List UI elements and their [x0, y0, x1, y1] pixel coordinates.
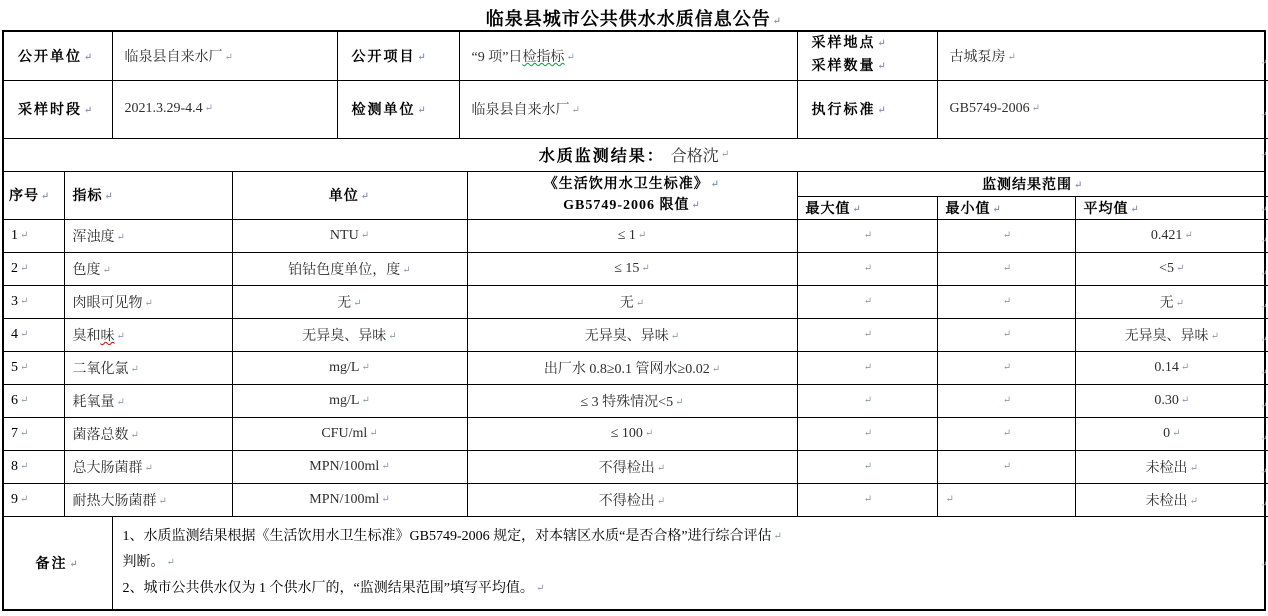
paragraph-mark-icon: ↵	[675, 397, 683, 408]
paragraph-mark-icon: ↵	[1184, 230, 1192, 241]
grammar-squiggle-text: 检指标	[522, 50, 564, 65]
row-avg-cell: 0.421↵	[1075, 220, 1268, 253]
row-avg: 0	[1163, 426, 1170, 441]
table-row: 8↵ 总大肠菌群↵ MPN/100ml↵ 不得检出↵ ↵ ↵ 未检出↵	[4, 451, 1268, 484]
row-indicator: 色度	[73, 263, 101, 278]
paragraph-mark-icon: ↵	[381, 494, 389, 505]
row-min-cell: ↵	[937, 253, 1075, 286]
row-no: 3	[11, 294, 18, 309]
row-unit-cell: mg/L↵	[232, 352, 467, 385]
paragraph-mark-icon: ↵	[864, 494, 872, 505]
paragraph-mark-icon: ↵	[225, 52, 233, 63]
paragraph-mark-icon: ↵	[1003, 395, 1011, 406]
row-limit: 无异臭、异味	[585, 329, 669, 344]
row-no-cell: 9↵	[4, 484, 64, 517]
paragraph-mark-icon: ↵	[1003, 362, 1011, 373]
document-page: 临泉县城市公共供水水质信息公告↵ 公开单位↵ 临泉县自来水厂↵ 公开项目↵ “9…	[0, 0, 1268, 616]
row-end-mark-icon: ↵	[1260, 560, 1267, 569]
row-unit-cell: mg/L↵	[232, 385, 467, 418]
row-end-mark-icon: ↵	[1260, 335, 1267, 344]
paragraph-mark-icon: ↵	[1211, 331, 1219, 342]
testing-unit-value: 临泉县自来水厂	[472, 103, 570, 118]
paragraph-mark-icon: ↵	[657, 463, 665, 474]
indicator-table: 序号↵ 指标↵ 单位↵ 《生活饮用水卫生标准》↵ GB5749-2006 限值↵…	[4, 172, 1268, 518]
row-max-cell: ↵	[797, 451, 937, 484]
result-value: 合格沈	[671, 143, 719, 166]
row-limit: 出厂水 0.8≥0.1 管网水≥0.02	[544, 362, 710, 377]
info-section: 公开单位↵ 临泉县自来水厂↵ 公开项目↵ “9 项”日检指标↵ 采样地点↵ 采样…	[4, 32, 1268, 139]
remark-line-1-text: 1、水质监测结果根据《生活饮用水卫生标准》GB5749-2006 规定，对本辖区…	[123, 529, 772, 544]
testing-unit-value-cell: 临泉县自来水厂↵	[459, 80, 797, 138]
row-indicator: 耗氧量	[73, 395, 115, 410]
paragraph-mark-icon: ↵	[117, 331, 125, 342]
paragraph-mark-icon: ↵	[361, 191, 370, 202]
row-no-cell: 1↵	[4, 220, 64, 253]
remark-label: 备注	[36, 557, 68, 572]
row-avg-cell: 无异臭、异味↵	[1075, 319, 1268, 352]
paragraph-mark-icon: ↵	[381, 461, 389, 472]
row-avg-cell: 未检出↵	[1075, 484, 1268, 517]
open-unit-value: 临泉县自来水厂	[125, 50, 223, 65]
row-end-mark-icon: ↵	[1260, 467, 1267, 476]
row-end-mark-icon: ↵	[1260, 236, 1267, 245]
header-min: 最小值	[946, 202, 991, 217]
header-unit: 单位	[329, 189, 359, 204]
paragraph-mark-icon: ↵	[388, 331, 396, 342]
header-indicator-cell: 指标↵	[64, 172, 232, 220]
paragraph-mark-icon: ↵	[1181, 362, 1189, 373]
paragraph-mark-icon: ↵	[712, 364, 720, 375]
remark-label-cell: 备注↵	[4, 517, 112, 609]
paragraph-mark-icon: ↵	[205, 103, 213, 114]
remark-line-1: 1、水质监测结果根据《生活饮用水卫生标准》GB5749-2006 规定，对本辖区…	[123, 524, 1255, 550]
paragraph-mark-icon: ↵	[1176, 263, 1184, 274]
row-limit-cell: 不得检出↵	[467, 484, 797, 517]
paragraph-mark-icon: ↵	[20, 263, 28, 274]
standard-label: 执行标准	[812, 103, 876, 118]
row-unit-cell: MPN/100ml↵	[232, 451, 467, 484]
row-indicator: 二氧化氯	[73, 362, 129, 377]
paragraph-mark-icon: ↵	[864, 395, 872, 406]
row-unit: MPN/100ml	[309, 459, 379, 474]
paragraph-mark-icon: ↵	[657, 496, 665, 507]
paragraph-mark-icon: ↵	[20, 230, 28, 241]
row-limit-cell: 出厂水 0.8≥0.1 管网水≥0.02↵	[467, 352, 797, 385]
paragraph-mark-icon: ↵	[84, 52, 94, 63]
info-row-2: 采样时段↵ 2021.3.29-4.4↵ 检测单位↵ 临泉县自来水厂↵ 执行标准…	[4, 80, 1268, 138]
row-no-cell: 5↵	[4, 352, 64, 385]
header-no-cell: 序号↵	[4, 172, 64, 220]
row-no-cell: 7↵	[4, 418, 64, 451]
sampling-site-value: 古城泵房	[950, 50, 1006, 65]
row-max-cell: ↵	[797, 286, 937, 319]
row-no-cell: 6↵	[4, 385, 64, 418]
paragraph-mark-icon: ↵	[131, 364, 139, 375]
paragraph-mark-icon: ↵	[361, 230, 369, 241]
open-item-label: 公开项目	[352, 50, 416, 65]
header-row-1: 序号↵ 指标↵ 单位↵ 《生活饮用水卫生标准》↵ GB5749-2006 限值↵…	[4, 172, 1268, 197]
remark-line-3: 2、城市公共供水仅为 1 个供水厂的，“监测结果范围”填写平均值。↵	[123, 576, 1255, 602]
paragraph-mark-icon: ↵	[117, 397, 125, 408]
paragraph-mark-icon: ↵	[692, 200, 701, 211]
row-indicator-cell: 菌落总数↵	[64, 418, 232, 451]
row-limit: ≤ 1	[618, 228, 636, 243]
row-indicator: 总大肠菌群	[73, 461, 143, 476]
paragraph-mark-icon: ↵	[20, 395, 28, 406]
table-row: 4↵ 臭和味↵ 无异臭、异味↵ 无异臭、异味↵ ↵ ↵ 无异臭、异味↵	[4, 319, 1268, 352]
paragraph-mark-icon: ↵	[878, 61, 888, 72]
row-max-cell: ↵	[797, 418, 937, 451]
paragraph-mark-icon: ↵	[20, 362, 28, 373]
row-unit: mg/L	[329, 393, 359, 408]
row-unit-cell: 铂钴色度单位，度↵	[232, 253, 467, 286]
remark-line-2-text: 判断。	[123, 555, 165, 570]
paragraph-mark-icon: ↵	[1003, 428, 1011, 439]
table-row: 3↵ 肉眼可见物↵ 无↵ 无↵ ↵ ↵ 无↵	[4, 286, 1268, 319]
sampling-period-label: 采样时段	[18, 103, 82, 118]
row-end-mark-icon: ↵	[1260, 368, 1267, 377]
paragraph-mark-icon: ↵	[20, 296, 28, 307]
sampling-period-value: 2021.3.29-4.4	[125, 101, 203, 116]
paragraph-mark-icon: ↵	[878, 38, 888, 49]
row-end-mark-icon: ↵	[1260, 110, 1267, 119]
row-max-cell: ↵	[797, 484, 937, 517]
open-item-label-cell: 公开项目↵	[337, 32, 459, 80]
row-limit-cell: 无↵	[467, 286, 797, 319]
row-unit: NTU	[330, 228, 359, 243]
row-min-cell: ↵	[937, 352, 1075, 385]
row-unit-cell: NTU↵	[232, 220, 467, 253]
row-avg: 0.14	[1154, 360, 1179, 375]
header-max-cell: 最大值↵	[797, 197, 937, 220]
header-avg: 平均值	[1084, 202, 1129, 217]
paragraph-mark-icon: ↵	[572, 105, 580, 116]
row-indicator-cell: 臭和味↵	[64, 319, 232, 352]
header-avg-cell: 平均值↵	[1075, 197, 1268, 220]
paragraph-mark-icon: ↵	[1181, 395, 1189, 406]
spelling-squiggle-text: 味	[101, 329, 115, 344]
paragraph-mark-icon: ↵	[566, 52, 574, 63]
table-row: 7↵ 菌落总数↵ CFU/ml↵ ≤ 100↵ ↵ ↵ 0↵	[4, 418, 1268, 451]
paragraph-mark-icon: ↵	[1190, 463, 1198, 474]
paragraph-mark-icon: ↵	[946, 494, 954, 505]
row-indicator: 肉眼可见物	[73, 296, 143, 311]
row-no-cell: 8↵	[4, 451, 64, 484]
paragraph-mark-icon: ↵	[41, 191, 50, 202]
row-max-cell: ↵	[797, 220, 937, 253]
remark-line-3-text: 2、城市公共供水仅为 1 个供水厂的，“监测结果范围”填写平均值。	[123, 581, 534, 596]
row-end-mark-icon: ↵	[1260, 434, 1267, 443]
paragraph-mark-icon: ↵	[20, 329, 28, 340]
info-row-1: 公开单位↵ 临泉县自来水厂↵ 公开项目↵ “9 项”日检指标↵ 采样地点↵ 采样…	[4, 32, 1268, 80]
paragraph-mark-icon: ↵	[145, 463, 153, 474]
row-limit-cell: ≤ 15↵	[467, 253, 797, 286]
sampling-count-label: 采样数量	[812, 59, 876, 74]
row-avg: <5	[1159, 261, 1174, 276]
remark-line-2: 判断。↵	[123, 550, 1255, 576]
open-unit-label-cell: 公开单位↵	[4, 32, 112, 80]
row-no: 4	[11, 327, 18, 342]
remark-row: 备注↵ 1、水质监测结果根据《生活饮用水卫生标准》GB5749-2006 规定，…	[4, 517, 1264, 609]
row-limit: ≤ 100	[611, 426, 643, 441]
paragraph-mark-icon: ↵	[159, 496, 167, 507]
paragraph-mark-icon: ↵	[864, 263, 872, 274]
row-limit: ≤ 3 特殊情况<5	[581, 395, 674, 410]
row-end-mark-icon: ↵	[1260, 269, 1267, 278]
row-indicator-cell: 耐热大肠菌群↵	[64, 484, 232, 517]
paragraph-mark-icon: ↵	[641, 263, 649, 274]
row-no: 8	[11, 459, 18, 474]
paragraph-mark-icon: ↵	[671, 331, 679, 342]
paragraph-mark-icon: ↵	[536, 583, 544, 594]
row-indicator-cell: 耗氧量↵	[64, 385, 232, 418]
paragraph-mark-icon: ↵	[864, 230, 872, 241]
sampling-site-label: 采样地点	[812, 36, 876, 51]
header-range-group-cell: 监测结果范围↵	[797, 172, 1268, 197]
table-row: 5↵ 二氧化氯↵ mg/L↵ 出厂水 0.8≥0.1 管网水≥0.02↵ ↵ ↵…	[4, 352, 1268, 385]
standard-value: GB5749-2006	[950, 101, 1030, 116]
row-no: 6	[11, 393, 18, 408]
row-indicator: 臭和	[73, 329, 101, 344]
row-unit: MPN/100ml	[309, 492, 379, 507]
paragraph-mark-icon: ↵	[773, 16, 782, 27]
paragraph-mark-icon: ↵	[636, 298, 644, 309]
row-avg: 未检出	[1146, 494, 1188, 509]
row-limit: 不得检出	[599, 494, 655, 509]
row-min-cell: ↵	[937, 385, 1075, 418]
paragraph-mark-icon: ↵	[878, 105, 888, 116]
row-unit: 无	[337, 296, 351, 311]
row-no: 2	[11, 261, 18, 276]
row-avg-cell: 无↵	[1075, 286, 1268, 319]
row-limit-cell: ≤ 100↵	[467, 418, 797, 451]
row-end-mark-icon: ↵	[1260, 205, 1267, 214]
row-min-cell: ↵	[937, 220, 1075, 253]
header-indicator: 指标	[73, 189, 103, 204]
paragraph-mark-icon: ↵	[418, 105, 428, 116]
open-item-value-cell: “9 项”日检指标↵	[459, 32, 797, 80]
paragraph-mark-icon: ↵	[1176, 298, 1184, 309]
sampling-site-value-cell: 古城泵房↵	[937, 32, 1268, 80]
header-no: 序号	[9, 189, 39, 204]
sampling-period-label-cell: 采样时段↵	[4, 80, 112, 138]
paragraph-mark-icon: ↵	[1074, 180, 1083, 191]
remark-section: 备注↵ 1、水质监测结果根据《生活饮用水卫生标准》GB5749-2006 规定，…	[4, 517, 1264, 609]
paragraph-mark-icon: ↵	[103, 265, 111, 276]
row-avg: 无异臭、异味	[1125, 329, 1209, 344]
row-limit: 不得检出	[599, 461, 655, 476]
row-avg-cell: 0.14↵	[1075, 352, 1268, 385]
paragraph-mark-icon: ↵	[1003, 230, 1011, 241]
table-row: 9↵ 耐热大肠菌群↵ MPN/100ml↵ 不得检出↵ ↵ ↵ 未检出↵	[4, 484, 1268, 517]
paragraph-mark-icon: ↵	[361, 362, 369, 373]
row-indicator: 浑浊度	[73, 230, 115, 245]
paragraph-mark-icon: ↵	[20, 461, 28, 472]
row-indicator-cell: 浑浊度↵	[64, 220, 232, 253]
paragraph-mark-icon: ↵	[117, 232, 125, 243]
paragraph-mark-icon: ↵	[20, 494, 28, 505]
row-max-cell: ↵	[797, 319, 937, 352]
row-end-mark-icon: ↵	[1260, 302, 1267, 311]
row-avg: 0.30	[1154, 393, 1179, 408]
row-unit: mg/L	[329, 360, 359, 375]
header-limit-line2: GB5749-2006 限值	[563, 198, 689, 213]
paragraph-mark-icon: ↵	[638, 230, 646, 241]
paragraph-mark-icon: ↵	[167, 557, 175, 568]
paragraph-mark-icon: ↵	[711, 179, 720, 190]
paragraph-mark-icon: ↵	[853, 204, 862, 215]
row-end-mark-icon: ↵	[1260, 500, 1267, 509]
open-item-value: “9 项”日	[472, 50, 523, 65]
paragraph-mark-icon: ↵	[864, 329, 872, 340]
row-min-cell: ↵	[937, 418, 1075, 451]
header-limit-line1: 《生活饮用水卫生标准》	[544, 177, 709, 192]
line-break-mark-icon: ↵	[774, 531, 782, 542]
paragraph-mark-icon: ↵	[721, 149, 729, 160]
row-min-cell: ↵	[937, 286, 1075, 319]
row-indicator-cell: 肉眼可见物↵	[64, 286, 232, 319]
paragraph-mark-icon: ↵	[1190, 496, 1198, 507]
row-unit-cell: MPN/100ml↵	[232, 484, 467, 517]
header-max: 最大值	[806, 202, 851, 217]
row-indicator: 耐热大肠菌群	[73, 494, 157, 509]
row-indicator: 菌落总数	[73, 428, 129, 443]
paragraph-mark-icon: ↵	[1032, 103, 1040, 114]
paragraph-mark-icon: ↵	[84, 105, 94, 116]
row-no-cell: 3↵	[4, 286, 64, 319]
paragraph-mark-icon: ↵	[1003, 461, 1011, 472]
row-avg-cell: 未检出↵	[1075, 451, 1268, 484]
row-limit: ≤ 15	[614, 261, 639, 276]
paragraph-mark-icon: ↵	[1003, 263, 1011, 274]
row-limit-cell: 不得检出↵	[467, 451, 797, 484]
row-unit: 铂钴色度单位，度	[288, 263, 400, 278]
row-min-cell: ↵	[937, 451, 1075, 484]
paragraph-mark-icon: ↵	[1008, 52, 1016, 63]
header-range-group: 监测结果范围	[982, 178, 1072, 193]
standard-value-cell: GB5749-2006↵	[937, 80, 1268, 138]
result-row: 水质监测结果： 合格沈 ↵	[4, 139, 1264, 172]
paragraph-mark-icon: ↵	[864, 461, 872, 472]
row-limit-cell: 无异臭、异味↵	[467, 319, 797, 352]
paragraph-mark-icon: ↵	[864, 362, 872, 373]
paragraph-mark-icon: ↵	[369, 428, 377, 439]
paragraph-mark-icon: ↵	[353, 298, 361, 309]
row-unit-cell: 无异臭、异味↵	[232, 319, 467, 352]
paragraph-mark-icon: ↵	[864, 428, 872, 439]
row-no-cell: 2↵	[4, 253, 64, 286]
table-row: 1↵ 浑浊度↵ NTU↵ ≤ 1↵ ↵ ↵ 0.421↵	[4, 220, 1268, 253]
row-unit: CFU/ml	[321, 426, 367, 441]
header-min-cell: 最小值↵	[937, 197, 1075, 220]
row-no: 9	[11, 492, 18, 507]
paragraph-mark-icon: ↵	[1131, 204, 1140, 215]
row-limit-cell: ≤ 1↵	[467, 220, 797, 253]
header-limit-cell: 《生活饮用水卫生标准》↵ GB5749-2006 限值↵	[467, 172, 797, 220]
paragraph-mark-icon: ↵	[418, 52, 428, 63]
document-title-text: 临泉县城市公共供水水质信息公告	[486, 9, 771, 29]
row-no: 5	[11, 360, 18, 375]
row-limit: 无	[620, 296, 634, 311]
paragraph-mark-icon: ↵	[361, 395, 369, 406]
row-no: 1	[11, 228, 18, 243]
open-unit-value-cell: 临泉县自来水厂↵	[112, 32, 337, 80]
table-row: 2↵ 色度↵ 铂钴色度单位，度↵ ≤ 15↵ ↵ ↵ <5↵	[4, 253, 1268, 286]
remark-text-cell: 1、水质监测结果根据《生活饮用水卫生标准》GB5749-2006 规定，对本辖区…	[112, 517, 1264, 609]
row-min-cell: ↵	[937, 319, 1075, 352]
document-title: 临泉县城市公共供水水质信息公告↵	[0, 0, 1268, 30]
testing-unit-label: 检测单位	[352, 103, 416, 118]
paragraph-mark-icon: ↵	[105, 191, 114, 202]
paragraph-mark-icon: ↵	[1003, 329, 1011, 340]
row-min-cell: ↵	[937, 484, 1075, 517]
testing-unit-label-cell: 检测单位↵	[337, 80, 459, 138]
row-max-cell: ↵	[797, 253, 937, 286]
row-avg: 无	[1160, 296, 1174, 311]
standard-label-cell: 执行标准↵	[797, 80, 937, 138]
row-limit-cell: ≤ 3 特殊情况<5↵	[467, 385, 797, 418]
result-label: 水质监测结果：	[539, 143, 665, 166]
row-end-mark-icon: ↵	[1260, 401, 1267, 410]
paragraph-mark-icon: ↵	[864, 296, 872, 307]
paragraph-mark-icon: ↵	[645, 428, 653, 439]
row-unit-cell: 无↵	[232, 286, 467, 319]
row-no-cell: 4↵	[4, 319, 64, 352]
row-avg-cell: 0.30↵	[1075, 385, 1268, 418]
header-unit-cell: 单位↵	[232, 172, 467, 220]
paragraph-mark-icon: ↵	[145, 298, 153, 309]
row-unit-cell: CFU/ml↵	[232, 418, 467, 451]
sampling-period-value-cell: 2021.3.29-4.4↵	[112, 80, 337, 138]
paragraph-mark-icon: ↵	[70, 559, 80, 570]
paragraph-mark-icon: ↵	[131, 430, 139, 441]
paragraph-mark-icon: ↵	[993, 204, 1002, 215]
bulletin-table: 公开单位↵ 临泉县自来水厂↵ 公开项目↵ “9 项”日检指标↵ 采样地点↵ 采样…	[2, 30, 1266, 611]
row-max-cell: ↵	[797, 352, 937, 385]
paragraph-mark-icon: ↵	[402, 265, 410, 276]
row-avg: 未检出	[1146, 461, 1188, 476]
row-indicator-cell: 色度↵	[64, 253, 232, 286]
row-end-mark-icon: ↵	[1260, 150, 1267, 159]
row-max-cell: ↵	[797, 385, 937, 418]
row-avg: 0.421	[1151, 228, 1183, 243]
paragraph-mark-icon: ↵	[1003, 296, 1011, 307]
paragraph-mark-icon: ↵	[1172, 428, 1180, 439]
row-avg-cell: <5↵	[1075, 253, 1268, 286]
open-unit-label: 公开单位	[18, 50, 82, 65]
sampling-site-label-cell: 采样地点↵ 采样数量↵	[797, 32, 937, 80]
row-unit: 无异臭、异味	[302, 329, 386, 344]
table-row: 6↵ 耗氧量↵ mg/L↵ ≤ 3 特殊情况<5↵ ↵ ↵ 0.30↵	[4, 385, 1268, 418]
row-indicator-cell: 二氧化氯↵	[64, 352, 232, 385]
row-indicator-cell: 总大肠菌群↵	[64, 451, 232, 484]
row-no: 7	[11, 426, 18, 441]
row-end-mark-icon: ↵	[1260, 58, 1267, 67]
paragraph-mark-icon: ↵	[20, 428, 28, 439]
row-avg-cell: 0↵	[1075, 418, 1268, 451]
